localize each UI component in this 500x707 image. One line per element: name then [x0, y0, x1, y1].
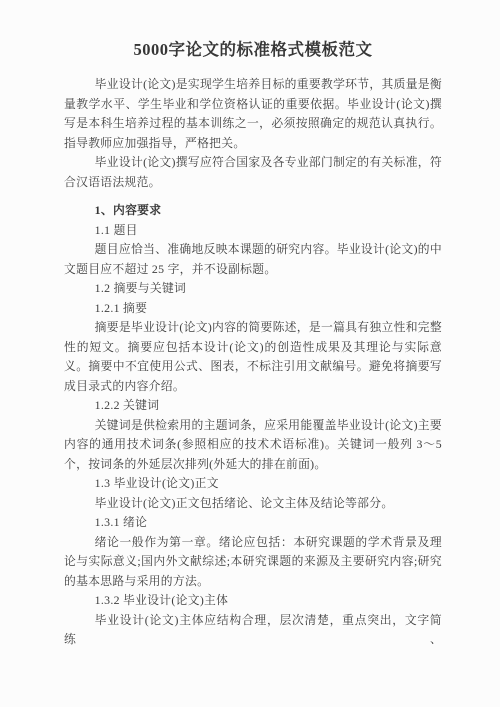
subheading-1-3-1-introduction: 1.3.1 绪论	[64, 513, 442, 533]
section-heading-content-requirements: 1、内容要求	[64, 201, 442, 221]
subheading-1-3-2-body: 1.3.2 毕业设计(论文)主体	[64, 591, 442, 611]
title-requirements-paragraph: 题目应恰当、准确地反映本课题的研究内容。毕业设计(论文)的中文题目应不超过 25…	[64, 240, 442, 279]
abstract-paragraph: 摘要是毕业设计(论文)内容的简要陈述，是一篇具有独立性和完整性的短文。摘要应包括…	[64, 318, 442, 396]
subheading-1-2-2-keywords: 1.2.2 关键词	[64, 396, 442, 416]
document-content: 5000字论文的标准格式模板范文 毕业设计(论文)是实现学生培养目标的重要教学环…	[0, 0, 500, 650]
body-paragraph-truncated: 毕业设计(论文)主体应结构合理，层次清楚，重点突出，文字简练、	[64, 611, 442, 650]
standards-paragraph: 毕业设计(论文)撰写应符合国家及各专业部门制定的有关标准，符合汉语语法规范。	[64, 153, 442, 192]
keywords-paragraph: 关键词是供检索用的主题词条，应采用能覆盖毕业设计(论文)主要内容的通用技术词条(…	[64, 416, 442, 475]
intro-paragraph: 毕业设计(论文)是实现学生培养目标的重要教学环节，其质量是衡量教学水平、学生毕业…	[64, 75, 442, 153]
subheading-1-2-1-abstract: 1.2.1 摘要	[64, 299, 442, 319]
subheading-1-3-main-text: 1.3 毕业设计(论文)正文	[64, 474, 442, 494]
document-title: 5000字论文的标准格式模板范文	[64, 38, 442, 62]
subheading-1-1-title: 1.1 题目	[64, 221, 442, 241]
subheading-1-2-abstract-keywords: 1.2 摘要与关键词	[64, 279, 442, 299]
introduction-paragraph: 绪论一般作为第一章。绪论应包括：本研究课题的学术背景及理论与实际意义;国内外文献…	[64, 533, 442, 592]
main-text-paragraph: 毕业设计(论文)正文包括绪论、论文主体及结论等部分。	[64, 494, 442, 514]
document-page: 5000字论文的标准格式模板范文 毕业设计(论文)是实现学生培养目标的重要教学环…	[0, 0, 500, 707]
